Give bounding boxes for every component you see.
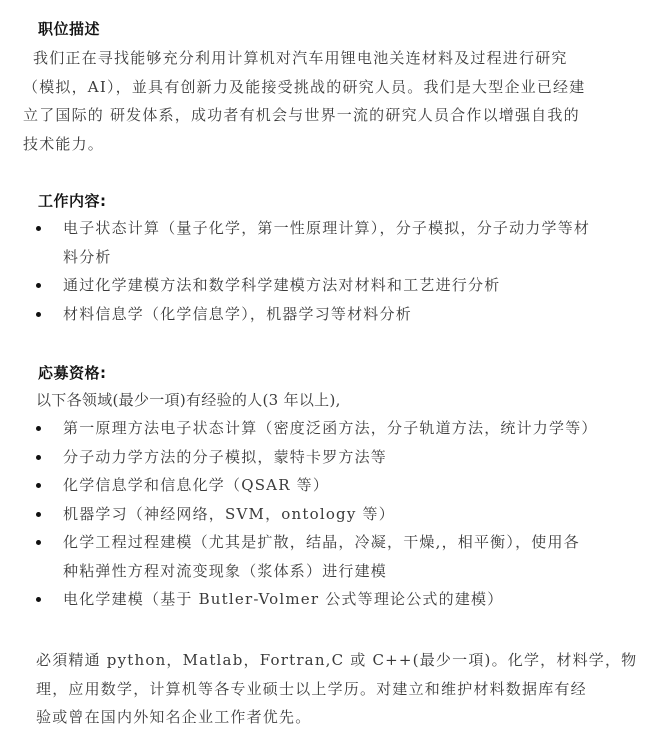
- heading-qualifications: 応募资格:: [38, 362, 107, 383]
- bullet-icon: [36, 512, 41, 517]
- list-item-line: 通过化学建模方法和数学科学建模方法对材料和工艺进行分析: [0, 271, 590, 300]
- bullet-icon: [36, 226, 41, 231]
- bullet-icon: [36, 483, 41, 488]
- list-item: 第一原理方法电子状态计算（密度泛函方法，分子轨道方法，统计力学等）: [0, 414, 598, 443]
- heading-work-content: 工作内容:: [38, 190, 107, 211]
- list-item-line: 化学工程过程建模（尤其是扩散，结晶，冷凝，干燥,，相平衡），使用各: [0, 528, 598, 557]
- list-item-line: 化学信息学和信息化学（QSAR 等）: [0, 471, 598, 500]
- bullet-icon: [36, 312, 41, 317]
- intro-line: 以下各领域(最少一項)有经验的人(3 年以上),: [36, 386, 341, 415]
- qualifications-list: 第一原理方法电子状态计算（密度泛函方法，分子轨道方法，统计力学等） 分子动力学方…: [0, 414, 598, 614]
- work-content-list: 电子状态计算（量子化学，第一性原理计算），分子模拟，分子动力学等材 料分析 通过…: [0, 214, 590, 328]
- paragraph-line: 我们正在寻找能够充分利用计算机对汽车用锂电池关连材料及过程进行研究: [33, 44, 568, 73]
- list-item: 通过化学建模方法和数学科学建模方法对材料和工艺进行分析: [0, 271, 590, 300]
- list-item: 电子状态计算（量子化学，第一性原理计算），分子模拟，分子动力学等材 料分析: [0, 214, 590, 271]
- paragraph-line: （模拟，AI），並具有创新力及能接受挑战的研究人员。我们是大型企业已经建: [23, 73, 585, 102]
- list-item: 化学信息学和信息化学（QSAR 等）: [0, 471, 598, 500]
- bullet-icon: [36, 597, 41, 602]
- bullet-icon: [36, 540, 41, 545]
- bullet-icon: [36, 426, 41, 431]
- list-item-line: 材料信息学（化学信息学），机器学习等材料分析: [0, 300, 590, 329]
- job-description-paragraph-cont: （模拟，AI），並具有创新力及能接受挑战的研究人员。我们是大型企业已经建 立了国…: [23, 73, 585, 159]
- paragraph-line: 理，应用数学，计算机等各专业硕士以上学历。对建立和维护材料数据库有经: [36, 675, 637, 704]
- paragraph-line: 必須精通 python，Matlab，Fortran,C 或 C++(最少一項)…: [36, 646, 637, 675]
- bullet-icon: [36, 283, 41, 288]
- list-item-line: 分子动力学方法的分子模拟，蒙特卡罗方法等: [0, 443, 598, 472]
- list-item-line: 料分析: [0, 243, 590, 272]
- list-item: 电化学建模（基于 Butler-Volmer 公式等理论公式的建模）: [0, 585, 598, 614]
- bullet-icon: [36, 455, 41, 460]
- list-item-line: 第一原理方法电子状态计算（密度泛函方法，分子轨道方法，统计力学等）: [0, 414, 598, 443]
- heading-job-description: 职位描述: [38, 18, 100, 39]
- list-item-line: 机器学习（神经网络，SVM，ontology 等）: [0, 500, 598, 529]
- list-item-line: 种粘弹性方程对流变现象（浆体系）进行建模: [0, 557, 598, 586]
- list-item: 化学工程过程建模（尤其是扩散，结晶，冷凝，干燥,，相平衡），使用各 种粘弹性方程…: [0, 528, 598, 585]
- paragraph-line: 技术能力。: [23, 130, 585, 159]
- list-item-line: 电子状态计算（量子化学，第一性原理计算），分子模拟，分子动力学等材: [0, 214, 590, 243]
- list-item: 材料信息学（化学信息学），机器学习等材料分析: [0, 300, 590, 329]
- paragraph-line: 验或曾在国内外知名企业工作者优先。: [36, 703, 637, 732]
- list-item: 分子动力学方法的分子模拟，蒙特卡罗方法等: [0, 443, 598, 472]
- paragraph-line: 立了国际的 研发体系，成功者有机会与世界一流的研究人员合作以增强自我的: [23, 101, 585, 130]
- list-item-line: 电化学建模（基于 Butler-Volmer 公式等理论公式的建模）: [0, 585, 598, 614]
- qualifications-intro: 以下各领域(最少一項)有经验的人(3 年以上),: [36, 386, 341, 415]
- list-item: 机器学习（神经网络，SVM，ontology 等）: [0, 500, 598, 529]
- job-description-paragraph: 我们正在寻找能够充分利用计算机对汽车用锂电池关连材料及过程进行研究: [33, 44, 568, 73]
- requirements-paragraph: 必須精通 python，Matlab，Fortran,C 或 C++(最少一項)…: [36, 646, 637, 732]
